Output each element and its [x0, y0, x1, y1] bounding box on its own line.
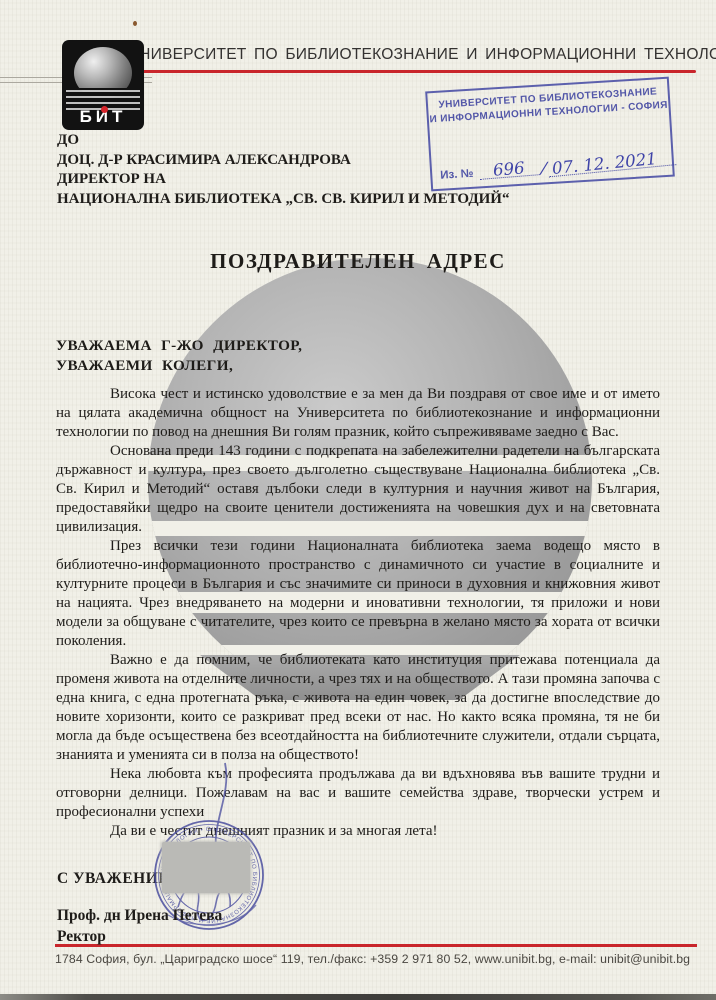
university-name: УНИВЕРСИТЕТ ПО БИБЛИОТЕКОЗНАНИЕ И ИНФОРМ… — [129, 46, 699, 64]
paper-speck — [133, 21, 137, 26]
registry-separator-handwritten: / — [540, 161, 547, 175]
scanned-letter-page: БИТ УНИВЕРСИТЕТ ПО БИБЛИОТЕКОЗНАНИЕ И ИН… — [0, 0, 716, 1000]
registry-number-label: Из. № — [440, 168, 474, 182]
paragraph: Висока чест и истинско удоволствие е за … — [56, 385, 660, 442]
recipient-line: НАЦИОНАЛНА БИБЛИОТЕКА „СВ. СВ. КИРИЛ И М… — [57, 190, 509, 210]
signatory-name: Проф. дн Ирена Петева — [57, 907, 222, 925]
unibit-logo: БИТ — [62, 40, 144, 130]
redaction-box — [162, 842, 250, 893]
salutation-line: УВАЖАЕМИ КОЛЕГИ, — [56, 356, 660, 376]
paragraph: Важно е да помним, че библиотеката като … — [56, 651, 660, 765]
registry-date-handwritten: 07. 12. 2021 — [548, 150, 677, 177]
paragraph: Основана преди 143 години с подкрепата н… — [56, 442, 660, 537]
footer-address: 1784 София, бул. „Цариградско шосе“ 119,… — [55, 952, 710, 966]
paragraph: През всички тези години Националната биб… — [56, 537, 660, 651]
header-red-rule — [129, 70, 696, 73]
scan-edge — [0, 994, 716, 1000]
registry-stamp: УНИВЕРСИТЕТ ПО БИБЛИОТЕКОЗНАНИЕ И ИНФОРМ… — [425, 77, 675, 192]
signatory-title: Ректор — [57, 928, 106, 946]
salutation-line: УВАЖАЕМА Г-ЖО ДИРЕКТОР, — [56, 336, 660, 356]
registry-number-handwritten: 696 — [479, 160, 539, 180]
page-title: ПОЗДРАВИТЕЛЕН АДРЕС — [0, 249, 716, 274]
footer-red-rule — [55, 944, 697, 947]
logo-red-dot-icon — [101, 106, 108, 113]
